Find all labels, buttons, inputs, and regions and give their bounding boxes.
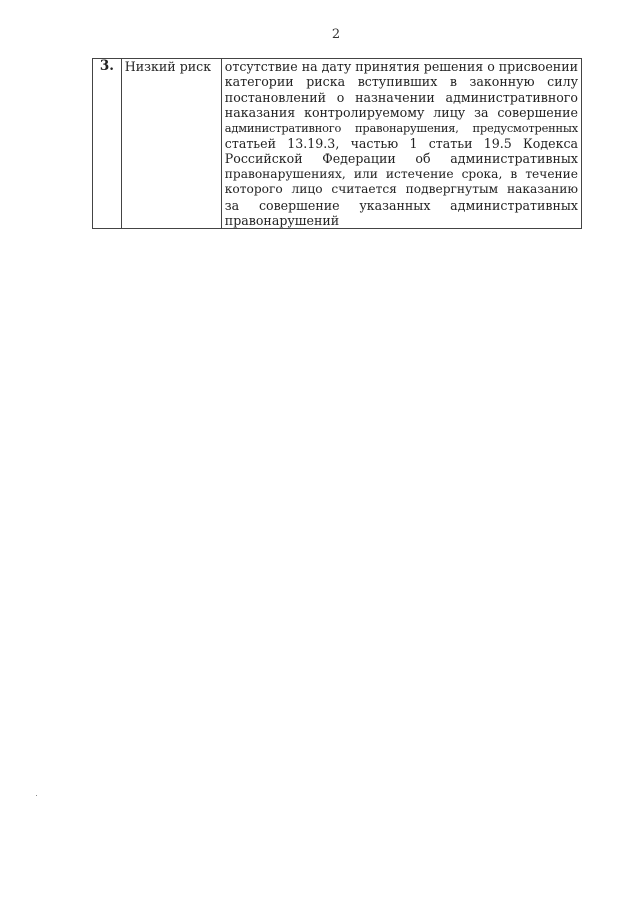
description-line: постановлений о назначении административ… bbox=[225, 90, 578, 105]
table-row: 3. Низкий риск отсутствие на дату принят… bbox=[93, 59, 582, 229]
description-line: отсутствие на дату принятия решения о пр… bbox=[225, 59, 578, 74]
description-line: административного правонарушения, предус… bbox=[225, 121, 578, 136]
description-line: категории риска вступивших в законную си… bbox=[225, 74, 578, 89]
row-index: 3. bbox=[93, 59, 122, 229]
risk-category: Низкий риск bbox=[121, 59, 221, 229]
description-line: правонарушений bbox=[225, 213, 578, 228]
description-line: Российской Федерации об административных bbox=[225, 151, 578, 166]
description-line: наказания контролируемому лицу за соверш… bbox=[225, 105, 578, 120]
page-number: 2 bbox=[0, 27, 640, 42]
description-line: которого лицо считается подвергнутым нак… bbox=[225, 182, 578, 197]
description-line: правонарушениях, или истечение срока, в … bbox=[225, 167, 578, 182]
risk-criteria-description: отсутствие на дату принятия решения о пр… bbox=[221, 59, 581, 229]
description-line: за совершение указанных административных bbox=[225, 198, 578, 213]
description-line: статьей 13.19.3, частью 1 статьи 19.5 Ко… bbox=[225, 136, 578, 151]
scan-speck bbox=[36, 795, 37, 796]
risk-category-table: 3. Низкий риск отсутствие на дату принят… bbox=[92, 58, 582, 229]
